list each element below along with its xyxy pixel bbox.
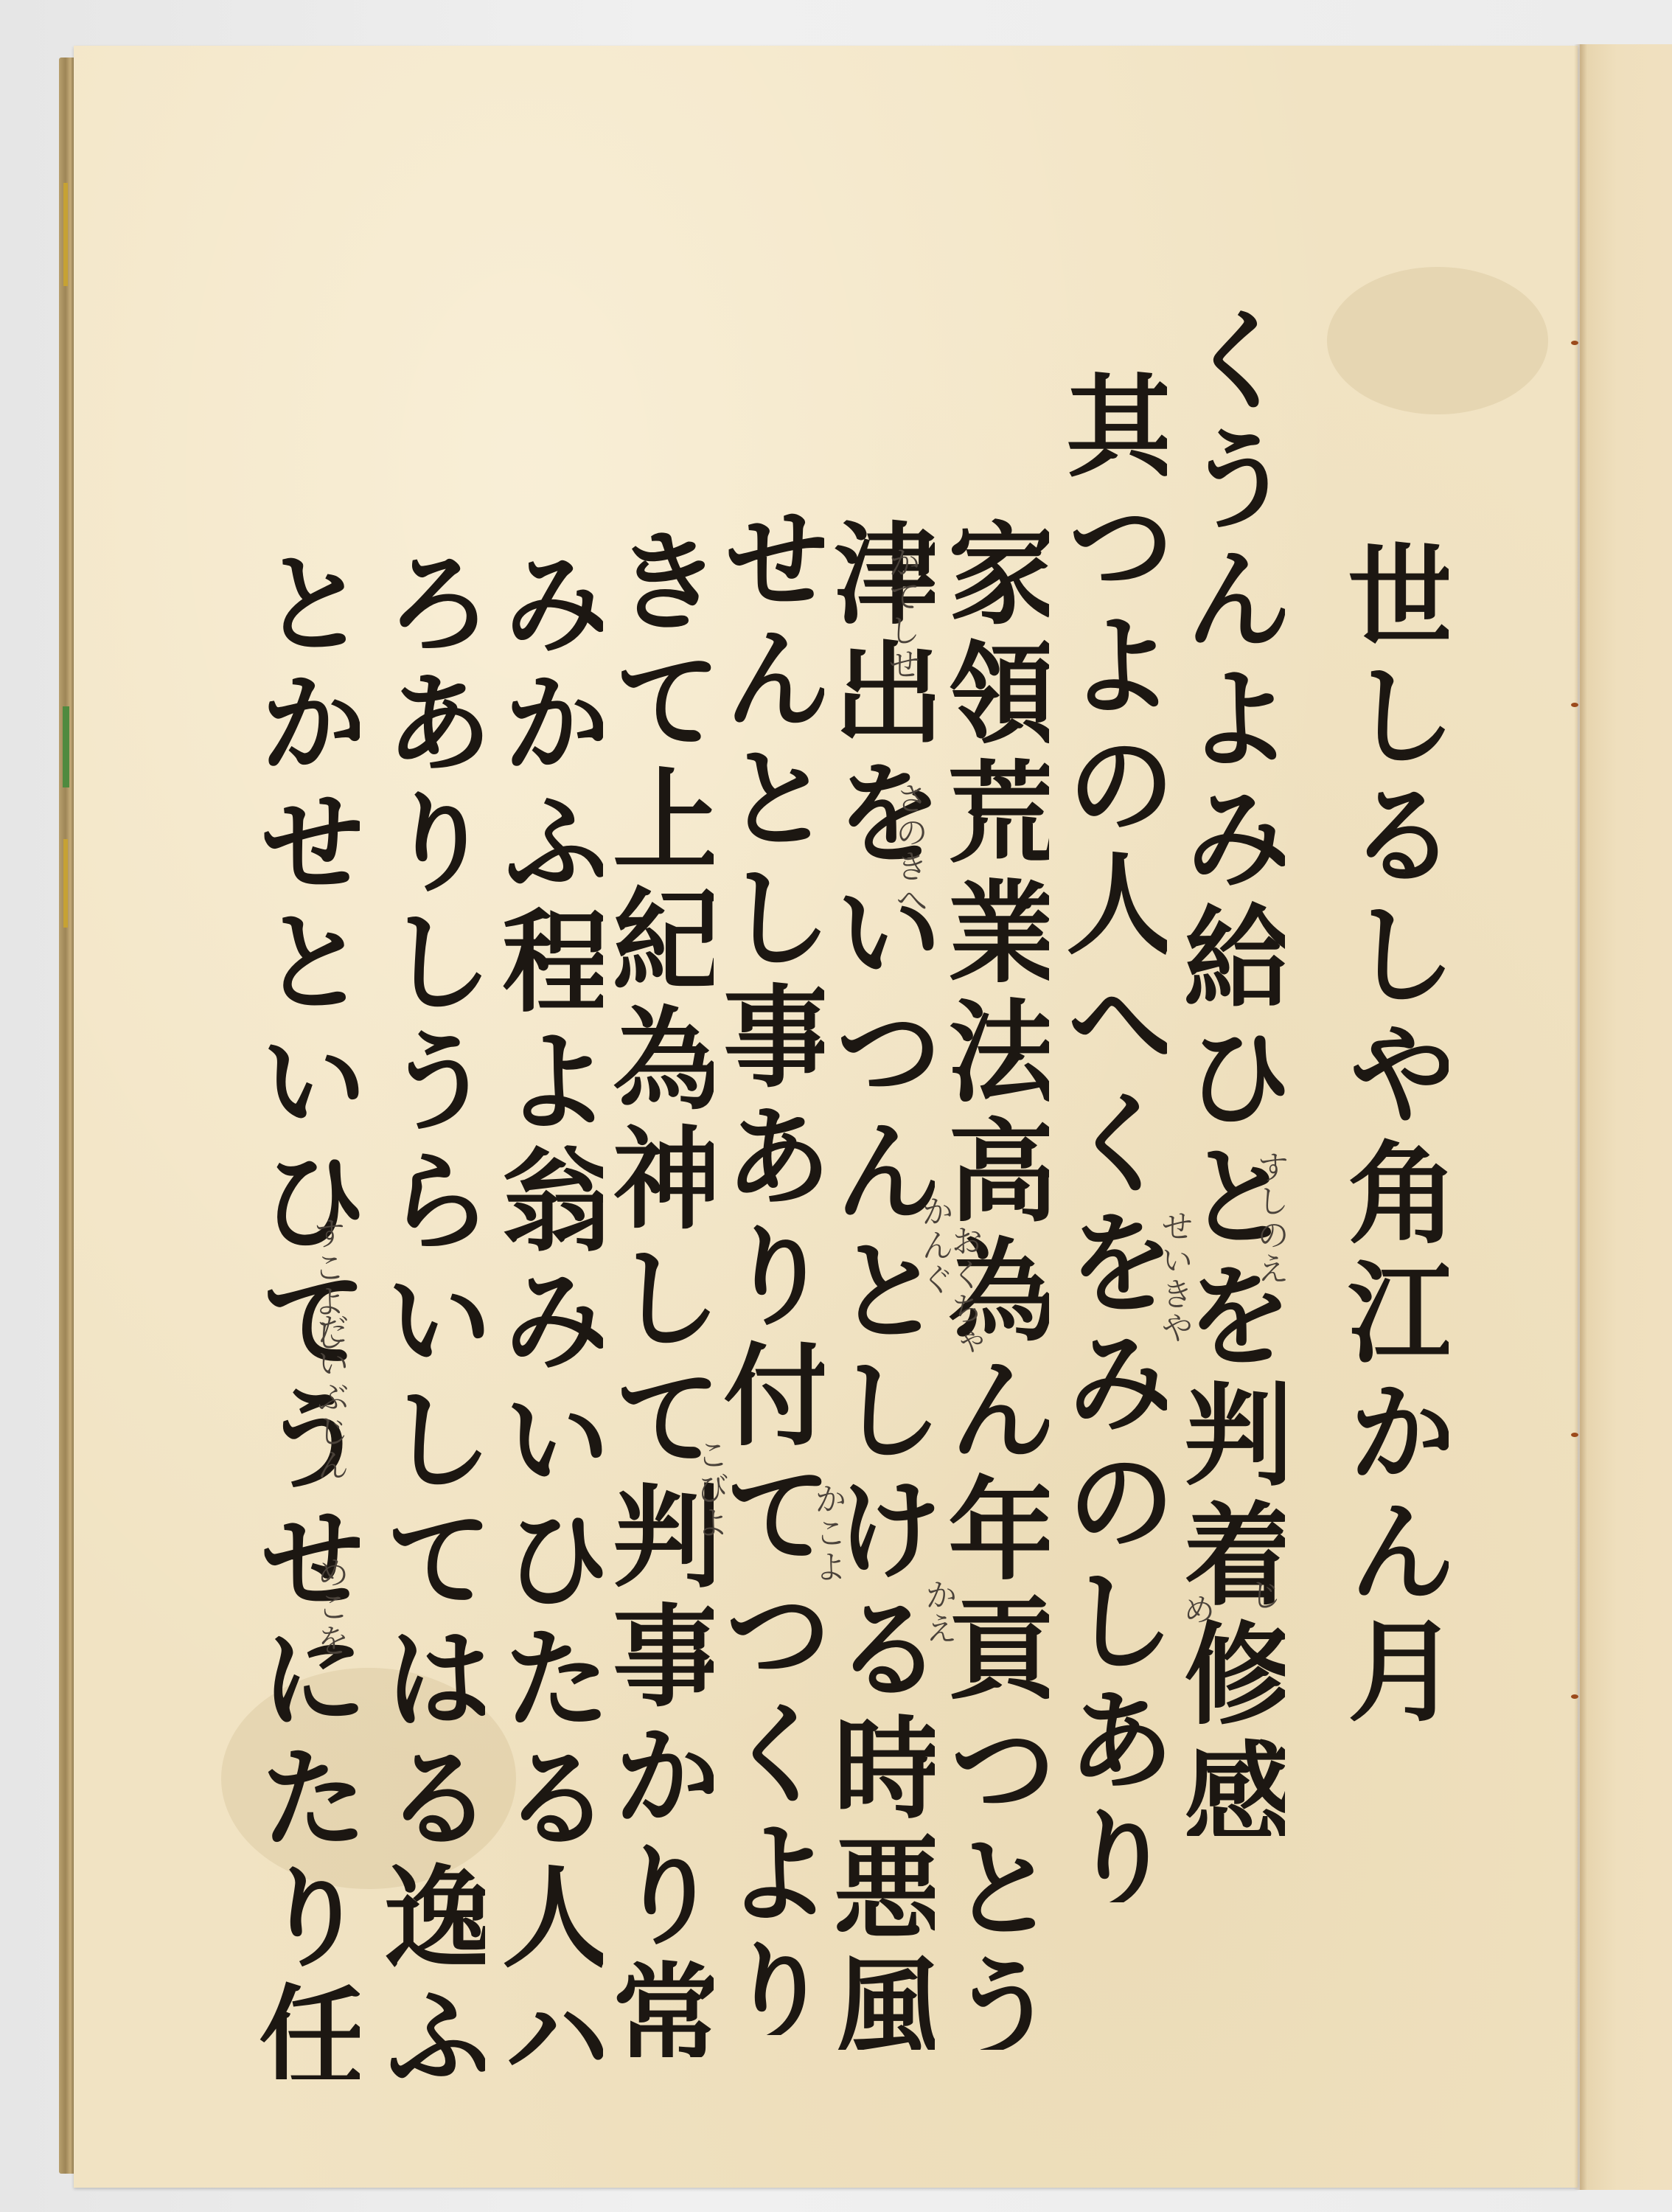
- furigana-gloss: さのきへ: [892, 782, 924, 917]
- binding-hole: [1571, 703, 1578, 707]
- binding-hole: [1571, 1694, 1578, 1699]
- furigana-gloss: かてしせ: [885, 546, 917, 681]
- text-column-8: みかふ程よ翁みいひたる人ハ松りのいろくの御旬: [487, 546, 603, 2079]
- text-column-1: 世しるしや角江かん月: [1294, 516, 1449, 2072]
- furigana-gloss: め: [1180, 1593, 1212, 1627]
- facing-page-strip: [1580, 44, 1672, 2190]
- text-column-9: ろありしうらいしてはる逸ふすと作翁のまいりつる: [369, 546, 485, 2079]
- furigana-gloss: こびよ: [693, 1438, 725, 1540]
- furigana-gloss: おくちゃ: [947, 1224, 980, 1360]
- binding-hole: [1571, 1433, 1578, 1437]
- furigana-gloss: かえ: [922, 1578, 954, 1646]
- page-stack-edge: [59, 58, 75, 2174]
- gutter-fold: [1574, 44, 1587, 2190]
- gilt-edge-mark: [63, 839, 68, 928]
- paper-stain: [1327, 267, 1548, 414]
- furigana-gloss: せいきや: [1157, 1209, 1190, 1345]
- furigana-gloss: かこよ: [811, 1482, 843, 1584]
- text-column-6: せんとし事あり付てつくよりかきうりかん翁一人ぞ: [708, 501, 824, 2035]
- furigana-gloss: だいぶじん: [313, 1312, 346, 1482]
- furigana-gloss: すしのえ: [1253, 1150, 1286, 1286]
- gilt-edge-mark: [63, 183, 68, 286]
- green-cover-edge: [63, 706, 69, 787]
- furigana-gloss: じ: [1246, 1578, 1278, 1612]
- photograph-scene: 世しるしや角江かん月 くうんよみ給ひとを判着修感へてとん蔵し 其つよの人へくをみ…: [0, 0, 1672, 2212]
- binding-hole: [1571, 341, 1578, 345]
- furigana-gloss: めこを: [313, 1556, 346, 1658]
- text-column-7: きて上紀為神して判事かり常里船人あやし: [597, 524, 714, 2057]
- text-column-3: 其つよの人へくをみのしあり家の国みちに法め: [1051, 369, 1167, 1902]
